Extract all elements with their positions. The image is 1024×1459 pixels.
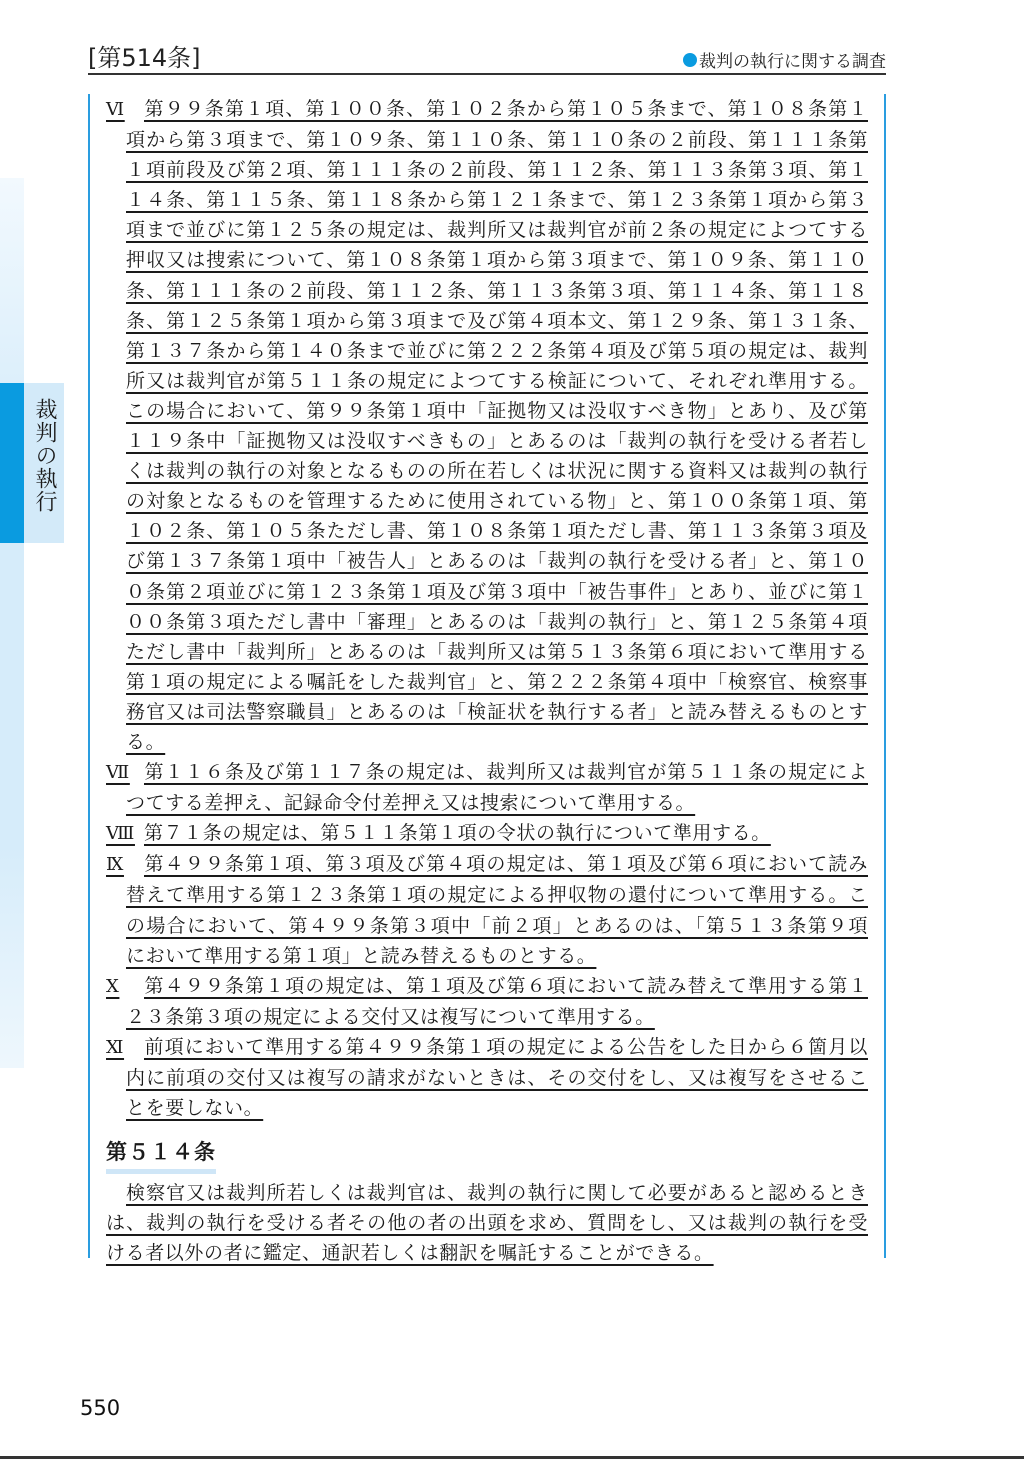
clause-text: １０２条、第１０５条ただし書、第１０８条第１項ただし書、第１１３条第３項及 [126,520,868,542]
clause-text: くは裁判の執行の対象となるものの所在若しくは状況に関する資料又は裁判の執行 [126,460,868,482]
article-514-body: 検察官又は裁判所若しくは裁判官は、裁判の執行に関して必要があると認めるときは、裁… [106,1178,868,1268]
clause-line: １１９条中「証拠物又は没収すべきもの」とあるのは「裁判の執行を受ける者若し [106,426,868,456]
clause-text: において準用する第１項」と読み替えるものとする。 [126,945,596,967]
article-line: ける者以外の者に鑑定、通訳若しくは翻訳を嘱託することができる。 [106,1238,868,1268]
clause-text: 項から第３項まで、第１０９条、第１１０条、第１１０条の２前段、第１１１条第 [126,129,868,151]
clause-line: 替えて準用する第１２３条第１項の規定による押収物の還付について準用する。こ [106,880,868,910]
clause-text: 所又は裁判官が第５１１条の規定によつてする検証について、それぞれ準用する。 [126,370,868,392]
clause-text: 第４９９条第１項の規定は、第１項及び第６項において読み替えて準用する第１ [144,975,868,997]
content-frame-right-border [884,94,886,1258]
clause-text: び第１３７条第１項中「被告人」とあるのは「裁判の執行を受ける者」と、第１０ [126,550,868,572]
clause-text: ただし書中「裁判所」とあるのは「裁判所又は第５１３条第６項において準用する [126,641,868,663]
clause-line: Ⅵ第９９条第１項、第１００条、第１０２条から第１０５条まで、第１０８条第１ [106,94,868,125]
clause-line: Ⅹ第４９９条第１項の規定は、第１項及び第６項において読み替えて準用する第１ [106,971,868,1002]
article-line: は、裁判の執行を受ける者その他の者の出頭を求め、質問をし、又は裁判の執行を受 [106,1208,868,1238]
article-heading: 第５１４条 [106,1137,216,1174]
clause-paragraph: Ⅺ前項において準用する第４９９条第１項の規定による公告をした日から６箇月以内に前… [106,1032,868,1123]
clause-text: ００条第３項ただし書中「審理」とあるのは「裁判の執行」と、第１２５条第４項 [126,611,868,633]
chapter-tab-label: 裁判の執行 [28,398,60,513]
clause-line: 押収又は捜索について、第１０８条第１項から第３項まで、第１０９条、第１１０ [106,245,868,275]
clause-text: 第４９９条第１項、第３項及び第４項の規定は、第１項及び第６項において読み [144,853,868,875]
clause-line: び第１３７条第１項中「被告人」とあるのは「裁判の執行を受ける者」と、第１０ [106,546,868,576]
clause-number: Ⅷ [106,819,144,849]
clause-line: 条、第１１１条の２前段、第１１２条、第１１３条第３項、第１１４条、第１１８ [106,276,868,306]
clause-number: Ⅶ [106,758,144,788]
clause-line: くは裁判の執行の対象となるものの所在若しくは状況に関する資料又は裁判の執行 [106,456,868,486]
clause-line: る。 [106,727,868,757]
clause-text: 前項において準用する第４９９条第１項の規定による公告をした日から６箇月以 [144,1036,868,1058]
clause-line: 第１３７条から第１４０条まで並びに第２２２条第４項及び第５項の規定は、裁判 [106,336,868,366]
clause-text: 第１項の規定による嘱託をした裁判官」と、第２２２条第４項中「検察官、検察事 [126,671,868,693]
side-decorative-strip [0,178,24,1068]
clause-number: Ⅺ [106,1033,144,1063]
clause-text: 条、第１２５条第１項から第３項まで及び第４項本文、第１２９条、第１３１条、 [126,310,868,332]
clause-text: 替えて準用する第１２３条第１項の規定による押収物の還付について準用する。こ [126,884,868,906]
clause-text: 第１１６条及び第１１７条の規定は、裁判所又は裁判官が第５１１条の規定によ [144,761,868,783]
clause-text: 第１３７条から第１４０条まで並びに第２２２条第４項及び第５項の規定は、裁判 [126,340,868,362]
clause-line: ２３条第３項の規定による交付又は複写について準用する。 [106,1002,868,1032]
clause-line: Ⅶ第１１６条及び第１１７条の規定は、裁判所又は裁判官が第５１１条の規定によ [106,757,868,788]
clause-line: 項まで並びに第１２５条の規定は、裁判所又は裁判官が前２条の規定によつてする [106,215,868,245]
clause-number: Ⅹ [106,972,144,1002]
clause-line: の場合において、第４９９条第３項中「前２項」とあるのは、「第５１３条第９項 [106,911,868,941]
clause-line: ０条第２項並びに第１２３条第１項及び第３項中「被告事件」とあり、並びに第１ [106,577,868,607]
clause-line: 項から第３項まで、第１０９条、第１１０条、第１１０条の２前段、第１１１条第 [106,125,868,155]
clause-text: とを要しない。 [126,1097,263,1119]
clause-line: １０２条、第１０５条ただし書、第１０８条第１項ただし書、第１１３条第３項及 [106,516,868,546]
clause-line: つてする差押え、記録命令付差押え又は捜索について準用する。 [106,788,868,818]
clause-text: の場合において、第４９９条第３項中「前２項」とあるのは、「第５１３条第９項 [126,915,868,937]
clause-line: 内に前項の交付又は複写の請求がないときは、その交付をし、又は複写をさせるこ [106,1063,868,1093]
clause-line: 所又は裁判官が第５１１条の規定によつてする検証について、それぞれ準用する。 [106,366,868,396]
clause-line: において準用する第１項」と読み替えるものとする。 [106,941,868,971]
clause-line: ００条第３項ただし書中「審理」とあるのは「裁判の執行」と、第１２５条第４項 [106,607,868,637]
bullet-dot-icon [683,53,697,67]
content-frame-left-border [88,94,90,1258]
clause-line: Ⅷ第７１条の規定は、第５１１条第１項の令状の執行について準用する。 [106,818,868,849]
clause-paragraph: Ⅵ第９９条第１項、第１００条、第１０２条から第１０５条まで、第１０８条第１項から… [106,94,868,757]
clause-line: 務官又は司法警察職員」とあるのは「検証状を執行する者」と読み替えるものとす [106,697,868,727]
clause-text: 押収又は捜索について、第１０８条第１項から第３項まで、第１０９条、第１１０ [126,249,868,271]
clause-text: 項まで並びに第１２５条の規定は、裁判所又は裁判官が前２条の規定によつてする [126,219,868,241]
clause-line: Ⅺ前項において準用する第４９９条第１項の規定による公告をした日から６箇月以 [106,1032,868,1063]
clause-line: １項前段及び第２項、第１１１条の２前段、第１１２条、第１１３条第３項、第１ [106,155,868,185]
clause-line: Ⅸ第４９９条第１項、第３項及び第４項の規定は、第１項及び第６項において読み [106,849,868,880]
clause-text: ２３条第３項の規定による交付又は複写について準用する。 [126,1006,655,1028]
clause-text: つてする差押え、記録命令付差押え又は捜索について準用する。 [126,792,695,814]
article-513-continuation: Ⅵ第９９条第１項、第１００条、第１０２条から第１０５条まで、第１０８条第１項から… [106,94,868,1268]
clause-text: この場合において、第９９条第１項中「証拠物又は没収すべき物」とあり、及び第 [126,400,868,422]
clause-text: 内に前項の交付又は複写の請求がないときは、その交付をし、又は複写をさせるこ [126,1067,868,1089]
clause-text: 第９９条第１項、第１００条、第１０２条から第１０５条まで、第１０８条第１ [144,98,868,120]
clause-text: ０条第２項並びに第１２３条第１項及び第３項中「被告事件」とあり、並びに第１ [126,581,868,603]
clause-line: 第１項の規定による嘱託をした裁判官」と、第２２２条第４項中「検察官、検察事 [106,667,868,697]
clause-text: 務官又は司法警察職員」とあるのは「検証状を執行する者」と読み替えるものとす [126,701,868,723]
running-header-section: 裁判の執行に関する調査 [683,47,886,72]
clause-paragraph: Ⅹ第４９９条第１項の規定は、第１項及び第６項において読み替えて準用する第１２３条… [106,971,868,1032]
clause-line: の対象となるものを管理するために使用されている物」と、第１００条第１項、第 [106,486,868,516]
clause-paragraph: Ⅶ第１１６条及び第１１７条の規定は、裁判所又は裁判官が第５１１条の規定によつてす… [106,757,868,818]
section-title: 裁判の執行に関する調査 [699,47,886,72]
clause-text: の対象となるものを管理するために使用されている物」と、第１００条第１項、第 [126,490,868,512]
clause-line: この場合において、第９９条第１項中「証拠物又は没収すべき物」とあり、及び第 [106,396,868,426]
clause-text: １１９条中「証拠物又は没収すべきもの」とあるのは「裁判の執行を受ける者若し [126,430,868,452]
running-header-article: [第514条] [88,38,201,73]
article-line: 検察官又は裁判所若しくは裁判官は、裁判の執行に関して必要があると認めるとき [106,1178,868,1208]
header-divider [88,73,886,75]
clause-text: 条、第１１１条の２前段、第１１２条、第１１３条第３項、第１１４条、第１１８ [126,280,868,302]
clause-text: る。 [126,731,165,753]
clause-text: 第７１条の規定は、第５１１条第１項の令状の執行について準用する。 [144,822,771,844]
clause-line: とを要しない。 [106,1093,868,1123]
clause-text: １項前段及び第２項、第１１１条の２前段、第１１２条、第１１３条第３項、第１ [126,159,868,181]
chapter-tab-marker [0,383,24,543]
clause-line: ただし書中「裁判所」とあるのは「裁判所又は第５１３条第６項において準用する [106,637,868,667]
clause-number: Ⅸ [106,850,144,880]
clause-text: １４条、第１１５条、第１１８条から第１２１条まで、第１２３条第１項から第３ [126,189,868,211]
clause-paragraph: Ⅷ第７１条の規定は、第５１１条第１項の令状の執行について準用する。 [106,818,868,849]
clause-line: １４条、第１１５条、第１１８条から第１２１条まで、第１２３条第１項から第３ [106,185,868,215]
clause-number: Ⅵ [106,95,144,125]
clause-line: 条、第１２５条第１項から第３項まで及び第４項本文、第１２９条、第１３１条、 [106,306,868,336]
clause-paragraph: Ⅸ第４９９条第１項、第３項及び第４項の規定は、第１項及び第６項において読み替えて… [106,849,868,970]
page-number: 550 [80,1396,120,1420]
